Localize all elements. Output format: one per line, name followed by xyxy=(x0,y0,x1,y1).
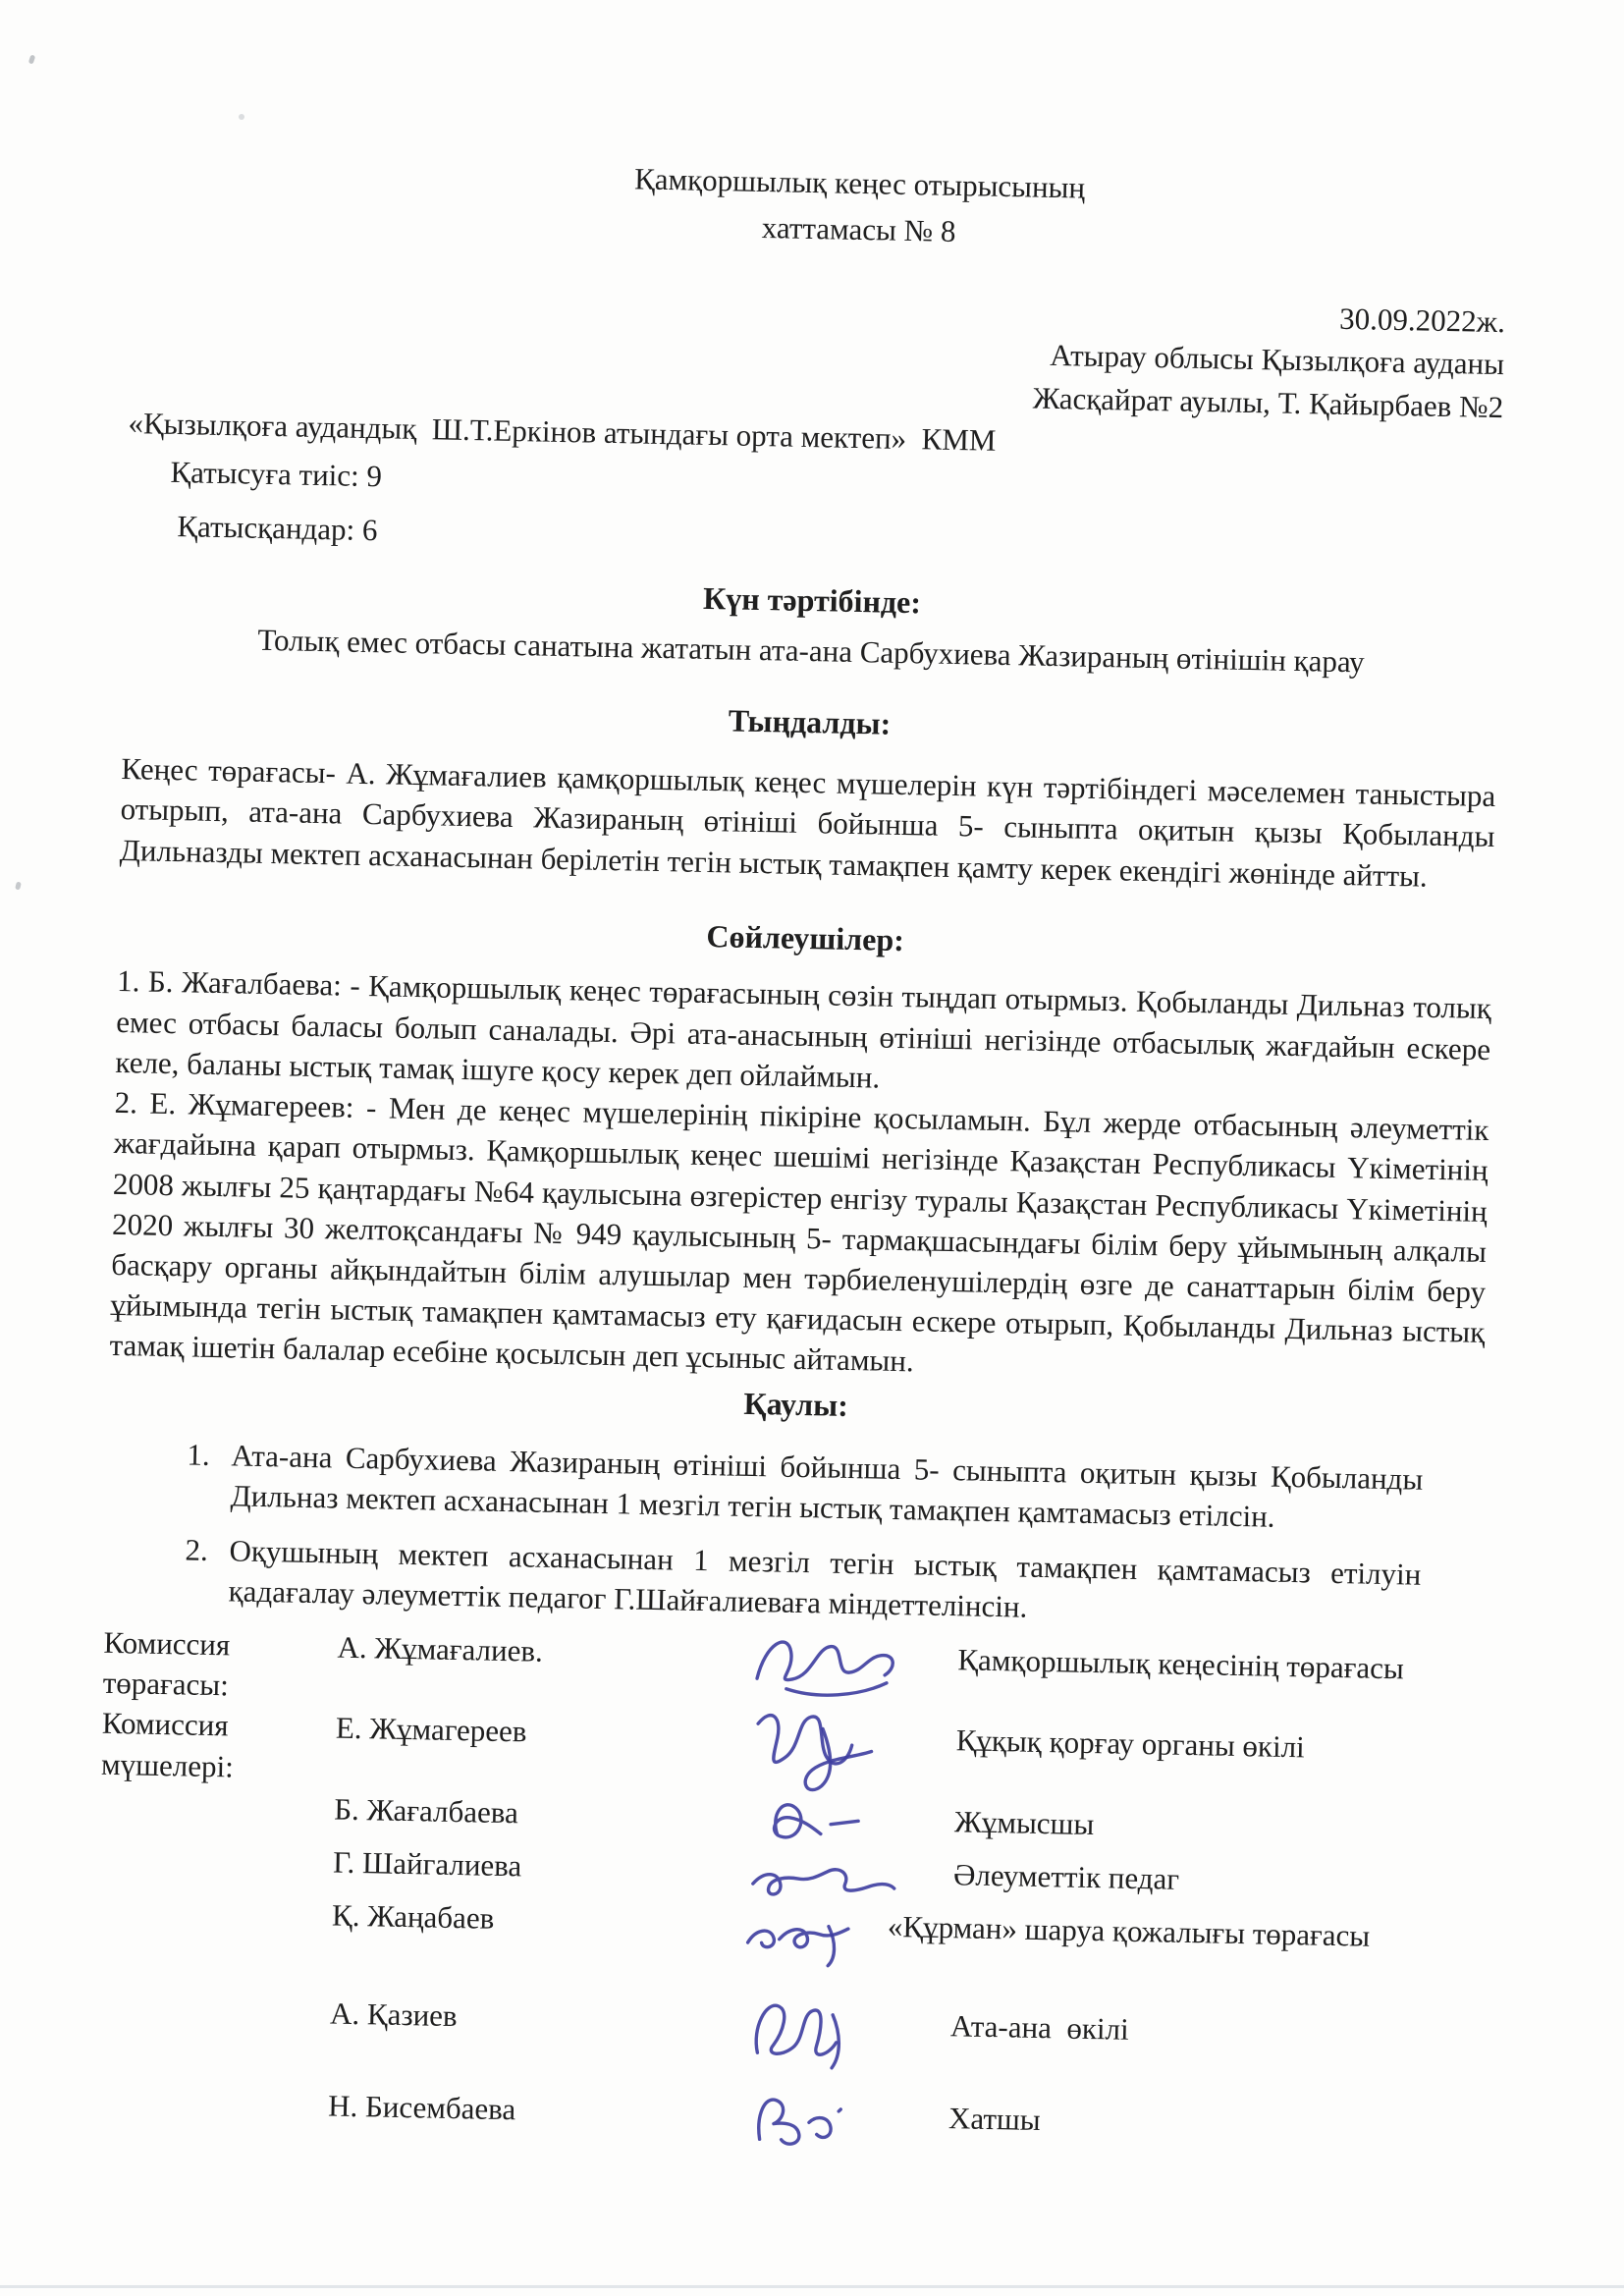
signature-zhumagereyev xyxy=(728,1716,956,1770)
document-page: Қамқоршылық кеңес отырысының хаттамасы №… xyxy=(0,0,1624,2163)
commission-block: Комиссия төрағасы: А. Жұмағалиев. Қамқор… xyxy=(94,1622,1479,2161)
signature-bisembayeva xyxy=(721,2093,949,2147)
commission-member-row: А. Қазиев Ата-ана өкілі xyxy=(95,1989,1471,2069)
speakers-heading: Сөйлеушілер: xyxy=(118,903,1493,973)
chair-role: Қамқоршылық кеңесінің төрағасы xyxy=(957,1639,1479,1690)
decision-item-1: Ата-ана Сарбухиева Жазираның өтініші бой… xyxy=(216,1435,1482,1541)
signature-zhanabayev xyxy=(724,1902,952,1956)
signature-kaziyev xyxy=(722,2000,950,2054)
member-name: А. Қазиев xyxy=(330,1993,724,2041)
member-name: Г. Шайгалиева xyxy=(333,1841,727,1889)
member-name: Қ. Жаңабаев xyxy=(332,1894,726,1942)
signature-zhumagaliyev xyxy=(730,1635,958,1689)
member-role: Хатшы xyxy=(948,2098,1470,2149)
document-title: Қамқоршылық кеңес отырысының хаттамасы №… xyxy=(132,146,1508,265)
speaker-2-paragraph: 2. Е. Жұмагереев: - Мен де кеңес мүшелер… xyxy=(109,1082,1489,1394)
chair-name: А. Жұмағалиев. xyxy=(337,1627,731,1675)
document-meta: 30.09.2022ж. Атырау облысы Қызылқоға ауд… xyxy=(129,273,1505,428)
decision-list: Ата-ана Сарбухиева Жазираның өтініші бой… xyxy=(104,1433,1482,1636)
member-name: Е. Жұмагереев xyxy=(336,1708,730,1756)
commission-member-row: Н. Бисембаева Хатшы xyxy=(94,2081,1470,2161)
member-role: Ата-ана өкілі xyxy=(950,2005,1472,2056)
member-name: Б. Жағалбаева xyxy=(334,1788,728,1836)
member-name: Н. Бисембаева xyxy=(328,2085,722,2133)
heard-heading: Тыңдалды: xyxy=(122,687,1497,757)
heard-paragraph: Кеңес төрағасы- А. Жұмағалиев қамқоршылы… xyxy=(119,748,1495,898)
chair-label: Комиссия төрағасы: xyxy=(102,1622,338,1708)
members-label: Комиссия мүшелері: xyxy=(101,1703,337,1788)
scan-edge-line xyxy=(0,2285,1624,2288)
